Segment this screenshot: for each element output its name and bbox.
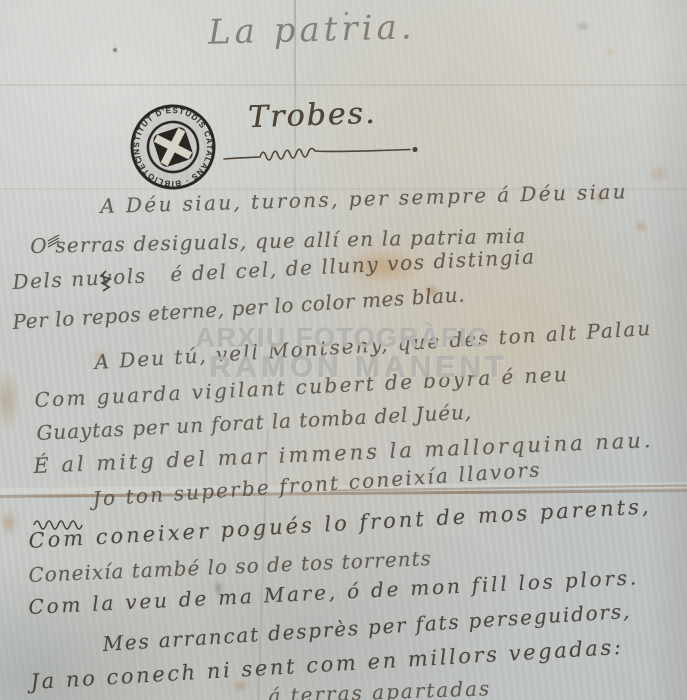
paper-stain — [634, 220, 648, 233]
manuscript-title: La patria. — [208, 7, 417, 52]
paper-stain — [648, 165, 670, 183]
paper-stain — [604, 48, 616, 57]
fold-crease-horizontal — [0, 84, 687, 86]
correction-scribble — [32, 516, 84, 530]
section-heading: Trobes. — [247, 96, 376, 135]
paper-stain — [0, 510, 18, 536]
archive-watermark-line1: ARXIU FOTOGRÀFIC — [196, 323, 490, 354]
correction-scribble — [98, 270, 114, 292]
correction-scribble — [46, 234, 62, 248]
manuscript-photo: INSTITUT D'ESTUDIS CATALANS · BIBLIOTECA… — [0, 0, 687, 700]
archive-watermark-line2: RAMON MANENT — [210, 351, 508, 385]
paper-stain — [575, 22, 591, 31]
ink-speck — [112, 47, 118, 53]
flourish-underline-icon — [222, 140, 427, 168]
